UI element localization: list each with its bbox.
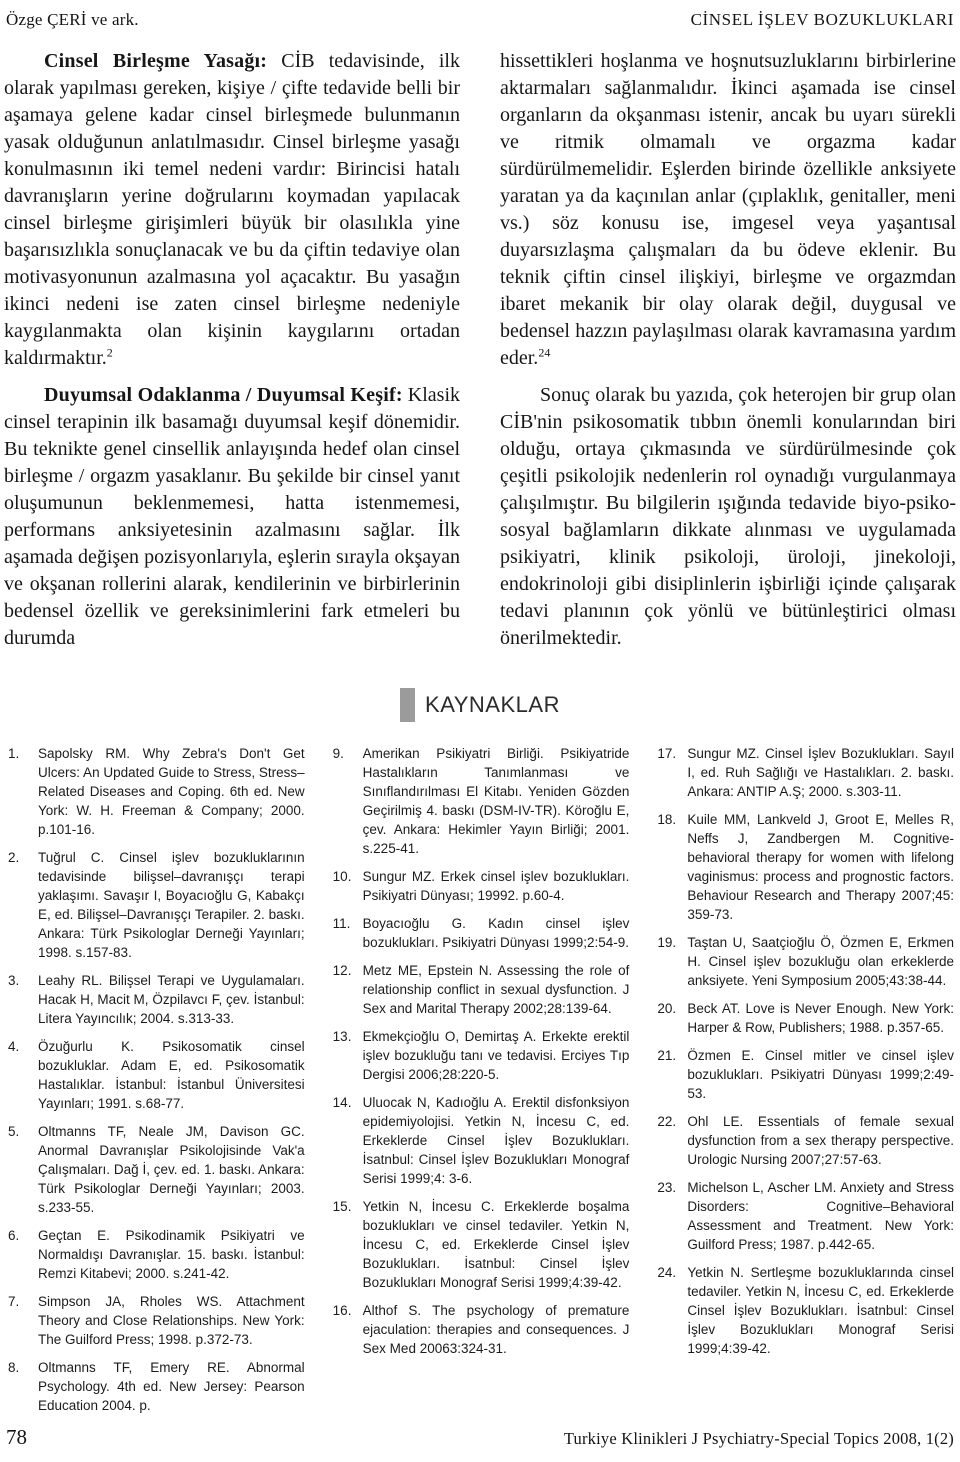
reference-number: 15. (333, 1197, 352, 1216)
reference-item: 12.Metz ME, Epstein N. Assessing the rol… (331, 961, 630, 1018)
reference-item: 1.Sapolsky RM. Why Zebra's Don't Get Ulc… (6, 744, 305, 839)
reference-text: Sungur MZ. Erkek cinsel işlev bozuklukla… (363, 869, 630, 903)
reference-number: 11. (333, 914, 351, 933)
reference-item: 16.Althof S. The psychology of premature… (331, 1301, 630, 1358)
reference-item: 24.Yetkin N. Sertleşme bozukluklarında c… (655, 1263, 954, 1358)
reference-text: Leahy RL. Bilişsel Terapi ve Uygulamalar… (38, 973, 305, 1026)
reference-item: 5.Oltmanns TF, Neale JM, Davison GC. Ano… (6, 1122, 305, 1217)
reference-text: Boyacıoğlu G. Kadın cinsel işlev bozuklu… (363, 916, 630, 950)
article-body: Cinsel Birleşme Yasağı: CİB tedavisinde,… (4, 48, 956, 662)
reference-number: 16. (333, 1301, 352, 1320)
reference-text: Geçtan E. Psikodinamik Psikiyatri ve Nor… (38, 1228, 305, 1281)
reference-text: Michelson L, Ascher LM. Anxiety and Stre… (687, 1180, 954, 1252)
reference-text: Simpson JA, Rholes WS. Attachment Theory… (38, 1294, 305, 1347)
reference-item: 21.Özmen E. Cinsel mitler ve cinsel işle… (655, 1046, 954, 1103)
reference-item: 4.Özuğurlu K. Psikosomatik cinsel bozukl… (6, 1037, 305, 1113)
references-heading: KAYNAKLAR (425, 692, 560, 718)
reference-item: 23.Michelson L, Ascher LM. Anxiety and S… (655, 1178, 954, 1254)
reference-item: 11.Boyacıoğlu G. Kadın cinsel işlev bozu… (331, 914, 630, 952)
reference-text: Özuğurlu K. Psikosomatik cinsel bozukluk… (38, 1039, 305, 1111)
paragraph-text: Sonuç olarak bu yazıda, çok heterojen bi… (500, 384, 956, 649)
reference-item: 19.Taştan U, Saatçioğlu Ö, Özmen E, Erkm… (655, 933, 954, 990)
reference-item: 6.Geçtan E. Psikodinamik Psikiyatri ve N… (6, 1226, 305, 1283)
reference-number: 10. (333, 867, 352, 886)
reference-number: 6. (8, 1226, 19, 1245)
paragraph-duyumsal-continuation: hissettikleri hoşlanma ve hoşnutsuzlukla… (500, 48, 956, 372)
reference-item: 20.Beck AT. Love is Never Enough. New Yo… (655, 999, 954, 1037)
reference-text: Yetkin N, İncesu C. Erkeklerde boşalma b… (363, 1199, 630, 1290)
reference-number: 17. (657, 744, 676, 763)
reference-number: 22. (657, 1112, 676, 1131)
reference-item: 8.Oltmanns TF, Emery RE. Abnormal Psycho… (6, 1358, 305, 1415)
reference-text: Uluocak N, Kadıoğlu A. Erektil disfonksi… (363, 1095, 630, 1186)
reference-text: Sapolsky RM. Why Zebra's Don't Get Ulcer… (38, 746, 305, 837)
reference-text: Taştan U, Saatçioğlu Ö, Özmen E, Erkmen … (687, 935, 954, 988)
section-marker-block (400, 688, 415, 722)
paragraph-cinsel-birlesme-yasagi: Cinsel Birleşme Yasağı: CİB tedavisinde,… (4, 48, 460, 372)
page-number: 78 (6, 1425, 27, 1450)
reference-number: 23. (657, 1178, 676, 1197)
reference-number: 12. (333, 961, 352, 980)
running-head: Özge ÇERİ ve ark. CİNSEL İŞLEV BOZUKLUKL… (4, 10, 956, 30)
reference-text: Oltmanns TF, Neale JM, Davison GC. Anorm… (38, 1124, 305, 1215)
citation-superscript: 2 (107, 345, 113, 359)
reference-text: Beck AT. Love is Never Enough. New York:… (687, 1001, 954, 1035)
reference-text: Özmen E. Cinsel mitler ve cinsel işlev b… (687, 1048, 954, 1101)
reference-number: 13. (333, 1027, 352, 1046)
running-head-title: CİNSEL İŞLEV BOZUKLUKLARI (691, 10, 954, 30)
reference-number: 9. (333, 744, 344, 763)
reference-item: 15.Yetkin N, İncesu C. Erkeklerde boşalm… (331, 1197, 630, 1292)
reference-item: 2.Tuğrul C. Cinsel işlev bozukluklarının… (6, 848, 305, 962)
reference-text: Althof S. The psychology of premature ej… (363, 1303, 630, 1356)
reference-item: 14.Uluocak N, Kadıoğlu A. Erektil disfon… (331, 1093, 630, 1188)
references-column-3: 17.Sungur MZ. Cinsel İşlev Bozuklukları.… (655, 744, 954, 1424)
references-column-2: 9.Amerikan Psikiyatri Birliği. Psikiyatr… (331, 744, 630, 1424)
paragraph-lead-bold: Cinsel Birleşme Yasağı: (44, 50, 267, 72)
references-column-1: 1.Sapolsky RM. Why Zebra's Don't Get Ulc… (6, 744, 305, 1424)
reference-text: Tuğrul C. Cinsel işlev bozukluklarının t… (38, 850, 305, 960)
reference-number: 24. (657, 1263, 676, 1282)
reference-item: 7.Simpson JA, Rholes WS. Attachment Theo… (6, 1292, 305, 1349)
body-column-left: Cinsel Birleşme Yasağı: CİB tedavisinde,… (4, 48, 460, 662)
paragraph-sonuc: Sonuç olarak bu yazıda, çok heterojen bi… (500, 382, 956, 652)
reference-item: 9.Amerikan Psikiyatri Birliği. Psikiyatr… (331, 744, 630, 858)
reference-item: 17.Sungur MZ. Cinsel İşlev Bozuklukları.… (655, 744, 954, 801)
reference-number: 20. (657, 999, 676, 1018)
reference-text: Oltmanns TF, Emery RE. Abnormal Psycholo… (38, 1360, 305, 1413)
paragraph-duyumsal-odaklanma: Duyumsal Odaklanma / Duyumsal Keşif: Kla… (4, 382, 460, 652)
reference-number: 3. (8, 971, 19, 990)
reference-item: 10.Sungur MZ. Erkek cinsel işlev bozuklu… (331, 867, 630, 905)
reference-number: 21. (657, 1046, 676, 1065)
reference-text: Amerikan Psikiyatri Birliği. Psikiyatrid… (363, 746, 630, 856)
paragraph-text: Klasik cinsel terapinin ilk basamağı duy… (4, 384, 460, 649)
reference-number: 18. (657, 810, 676, 829)
page-footer: 78 Turkiye Klinikleri J Psychiatry-Speci… (0, 1425, 960, 1450)
paragraph-text: CİB tedavisinde, ilk olarak yapılması ge… (4, 50, 460, 369)
reference-number: 1. (8, 744, 19, 763)
reference-item: 22.Ohl LE. Essentials of female sexual d… (655, 1112, 954, 1169)
reference-text: Yetkin N. Sertleşme bozukluklarında cins… (687, 1265, 954, 1356)
references-list: 1.Sapolsky RM. Why Zebra's Don't Get Ulc… (4, 744, 956, 1424)
reference-number: 5. (8, 1122, 19, 1141)
reference-text: Kuile MM, Lankveld J, Groot E, Melles R,… (687, 812, 954, 922)
paragraph-lead-bold: Duyumsal Odaklanma / Duyumsal Keşif: (44, 384, 403, 406)
reference-number: 14. (333, 1093, 352, 1112)
reference-text: Ekmekçioğlu O, Demirtaş A. Erkekte erekt… (363, 1029, 630, 1082)
references-header: KAYNAKLAR (4, 688, 956, 722)
reference-number: 2. (8, 848, 19, 867)
reference-text: Ohl LE. Essentials of female sexual dysf… (687, 1114, 954, 1167)
running-head-authors: Özge ÇERİ ve ark. (6, 10, 139, 30)
reference-number: 8. (8, 1358, 19, 1377)
reference-number: 19. (657, 933, 676, 952)
reference-text: Metz ME, Epstein N. Assessing the role o… (363, 963, 630, 1016)
paragraph-text: hissettikleri hoşlanma ve hoşnutsuzlukla… (500, 50, 956, 369)
reference-item: 18.Kuile MM, Lankveld J, Groot E, Melles… (655, 810, 954, 924)
journal-page: Özge ÇERİ ve ark. CİNSEL İŞLEV BOZUKLUKL… (0, 0, 960, 1462)
journal-citation: Turkiye Klinikleri J Psychiatry-Special … (564, 1429, 954, 1449)
reference-text: Sungur MZ. Cinsel İşlev Bozuklukları. Sa… (687, 746, 954, 799)
reference-item: 3.Leahy RL. Bilişsel Terapi ve Uygulamal… (6, 971, 305, 1028)
reference-number: 4. (8, 1037, 19, 1056)
reference-number: 7. (8, 1292, 19, 1311)
citation-superscript: 24 (538, 345, 550, 359)
reference-item: 13.Ekmekçioğlu O, Demirtaş A. Erkekte er… (331, 1027, 630, 1084)
body-column-right: hissettikleri hoşlanma ve hoşnutsuzlukla… (500, 48, 956, 662)
